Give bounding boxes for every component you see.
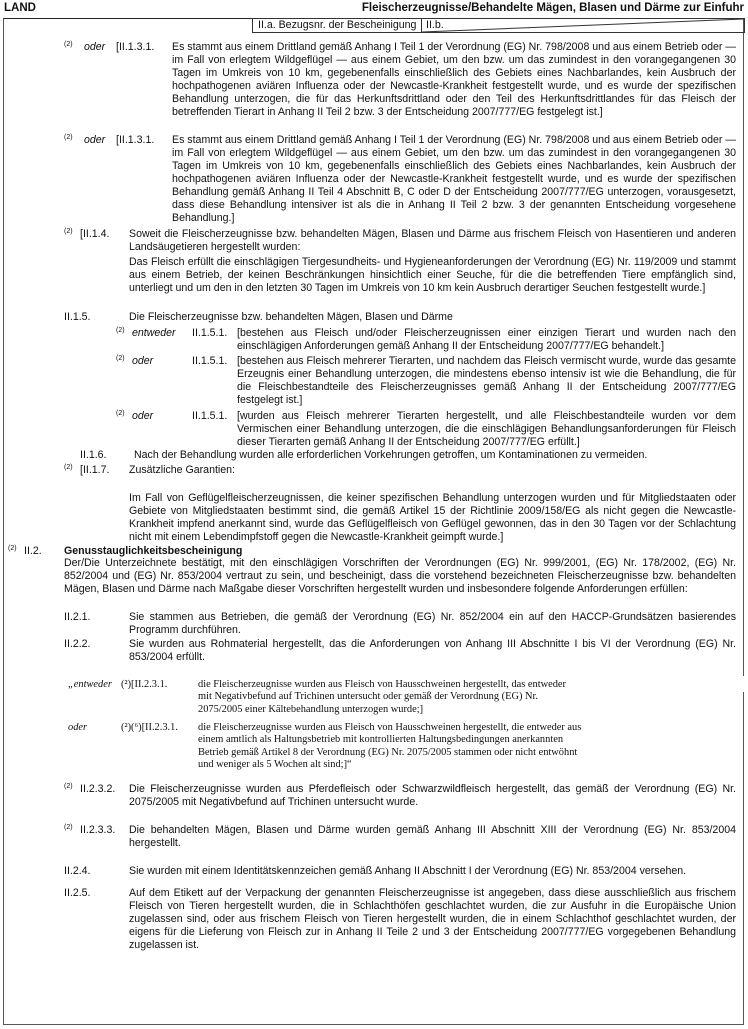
s115-text: Die Fleischerzeugnisse bzw. behandelten … xyxy=(129,311,736,324)
s1231a-number: (²)[II.2.3.1. xyxy=(121,679,167,691)
document-title: Fleischerzeugnisse/Behandelte Mägen, Bla… xyxy=(362,2,744,15)
s12-note: (2) xyxy=(8,545,17,558)
s1131a-choice: oder xyxy=(84,41,105,54)
s1233-number: II.2.3.3. xyxy=(80,824,115,837)
s1232-note: (2) xyxy=(64,783,73,796)
s115-opt2-note: (2) xyxy=(116,355,125,368)
reference-b-cell: II.b. xyxy=(422,19,744,32)
s1131a-note: (2) xyxy=(64,41,73,54)
s114-number: [II.1.4. xyxy=(80,228,109,241)
s1233-note: (2) xyxy=(64,824,73,837)
s1233-text: Die behandelten Mägen, Blasen und Därme … xyxy=(129,824,736,850)
s115-opt1-note: (2) xyxy=(116,327,125,340)
s115-opt3-number: II.1.5.1. xyxy=(192,410,227,423)
s115-opt2-number: II.1.5.1. xyxy=(192,355,227,368)
s121-text: Sie stammen aus Betrieben, die gemäß der… xyxy=(129,611,736,637)
s117-note: (2) xyxy=(64,464,73,477)
s115-opt1-text: [bestehen aus Fleisch und/oder Fleischer… xyxy=(237,327,736,353)
s1231b-number: (²)(⁶)[II.2.3.1. xyxy=(121,722,178,734)
s125-text: Auf dem Etikett auf der Verpackung der g… xyxy=(129,887,736,952)
s117-text: Im Fall von Geflügelfleischerzeugnissen,… xyxy=(129,492,736,544)
s124-text: Sie wurden mit einem Identitätskennzeich… xyxy=(129,865,736,878)
s116-number: II.1.6. xyxy=(80,449,107,462)
s1232-number: II.2.3.2. xyxy=(80,783,115,796)
s1231b-text: die Fleischerzeugnisse wurden aus Fleisc… xyxy=(198,722,592,772)
s114-note: (2) xyxy=(64,228,73,241)
s115-opt2-choice: oder xyxy=(132,355,153,368)
s1231a-text: die Fleischerzeugnisse wurden aus Fleisc… xyxy=(198,679,578,716)
reference-number-label: II.a. Bezugsnr. der Bescheinigung xyxy=(253,19,422,32)
s115-opt1-number: II.1.5.1. xyxy=(192,327,227,340)
s1131b-choice: oder xyxy=(84,134,105,147)
s115-opt1-choice: entweder xyxy=(132,327,176,340)
s1231a-choice: „entweder xyxy=(68,679,112,691)
s1131a-text: Es stammt aus einem Drittland gemäß Anha… xyxy=(172,41,736,119)
s12-text: Der/Die Unterzeichnete bestätigt, mit de… xyxy=(64,557,736,596)
s125-number: II.2.5. xyxy=(64,887,91,900)
s114-text2: Das Fleisch erfüllt die einschlägigen Ti… xyxy=(129,256,736,295)
s12-number: II.2. xyxy=(24,545,42,558)
country-label: LAND xyxy=(4,2,36,15)
s115-opt2-text: [bestehen aus Fleisch mehrerer Tierarten… xyxy=(237,355,736,407)
s117-number: [II.1.7. xyxy=(80,464,109,477)
s121-number: II.2.1. xyxy=(64,611,91,624)
s1131a-number: [II.1.3.1. xyxy=(116,41,154,54)
s122-text: Sie wurden aus Rohmaterial hergestellt, … xyxy=(129,638,736,664)
s117-title: Zusätzliche Garantien: xyxy=(129,464,235,477)
reference-box: II.a. Bezugsnr. der Bescheinigung II.b. xyxy=(252,18,745,33)
s115-opt3-text: [wurden aus Fleisch mehrerer Tierarten h… xyxy=(237,410,736,449)
s124-number: II.2.4. xyxy=(64,865,91,878)
s1232-text: Die Fleischerzeugnisse wurden aus Pferde… xyxy=(129,783,736,809)
diagonal-line-icon xyxy=(422,19,744,32)
s115-opt3-note: (2) xyxy=(116,410,125,423)
frame-gap xyxy=(742,676,748,692)
s122-number: II.2.2. xyxy=(64,638,91,651)
s114-text: Soweit die Fleischerzeugnisse bzw. behan… xyxy=(129,228,736,254)
s1131b-text: Es stammt aus einem Drittland gemäß Anha… xyxy=(172,134,736,225)
s1131b-number: [II.1.3.1. xyxy=(116,134,154,147)
s115-opt3-choice: oder xyxy=(132,410,153,423)
s1231b-choice: oder xyxy=(68,722,87,734)
s1131b-note: (2) xyxy=(64,134,73,147)
s116-text: Nach der Behandlung wurden alle erforder… xyxy=(134,449,736,462)
s115-number: II.1.5. xyxy=(64,311,91,324)
